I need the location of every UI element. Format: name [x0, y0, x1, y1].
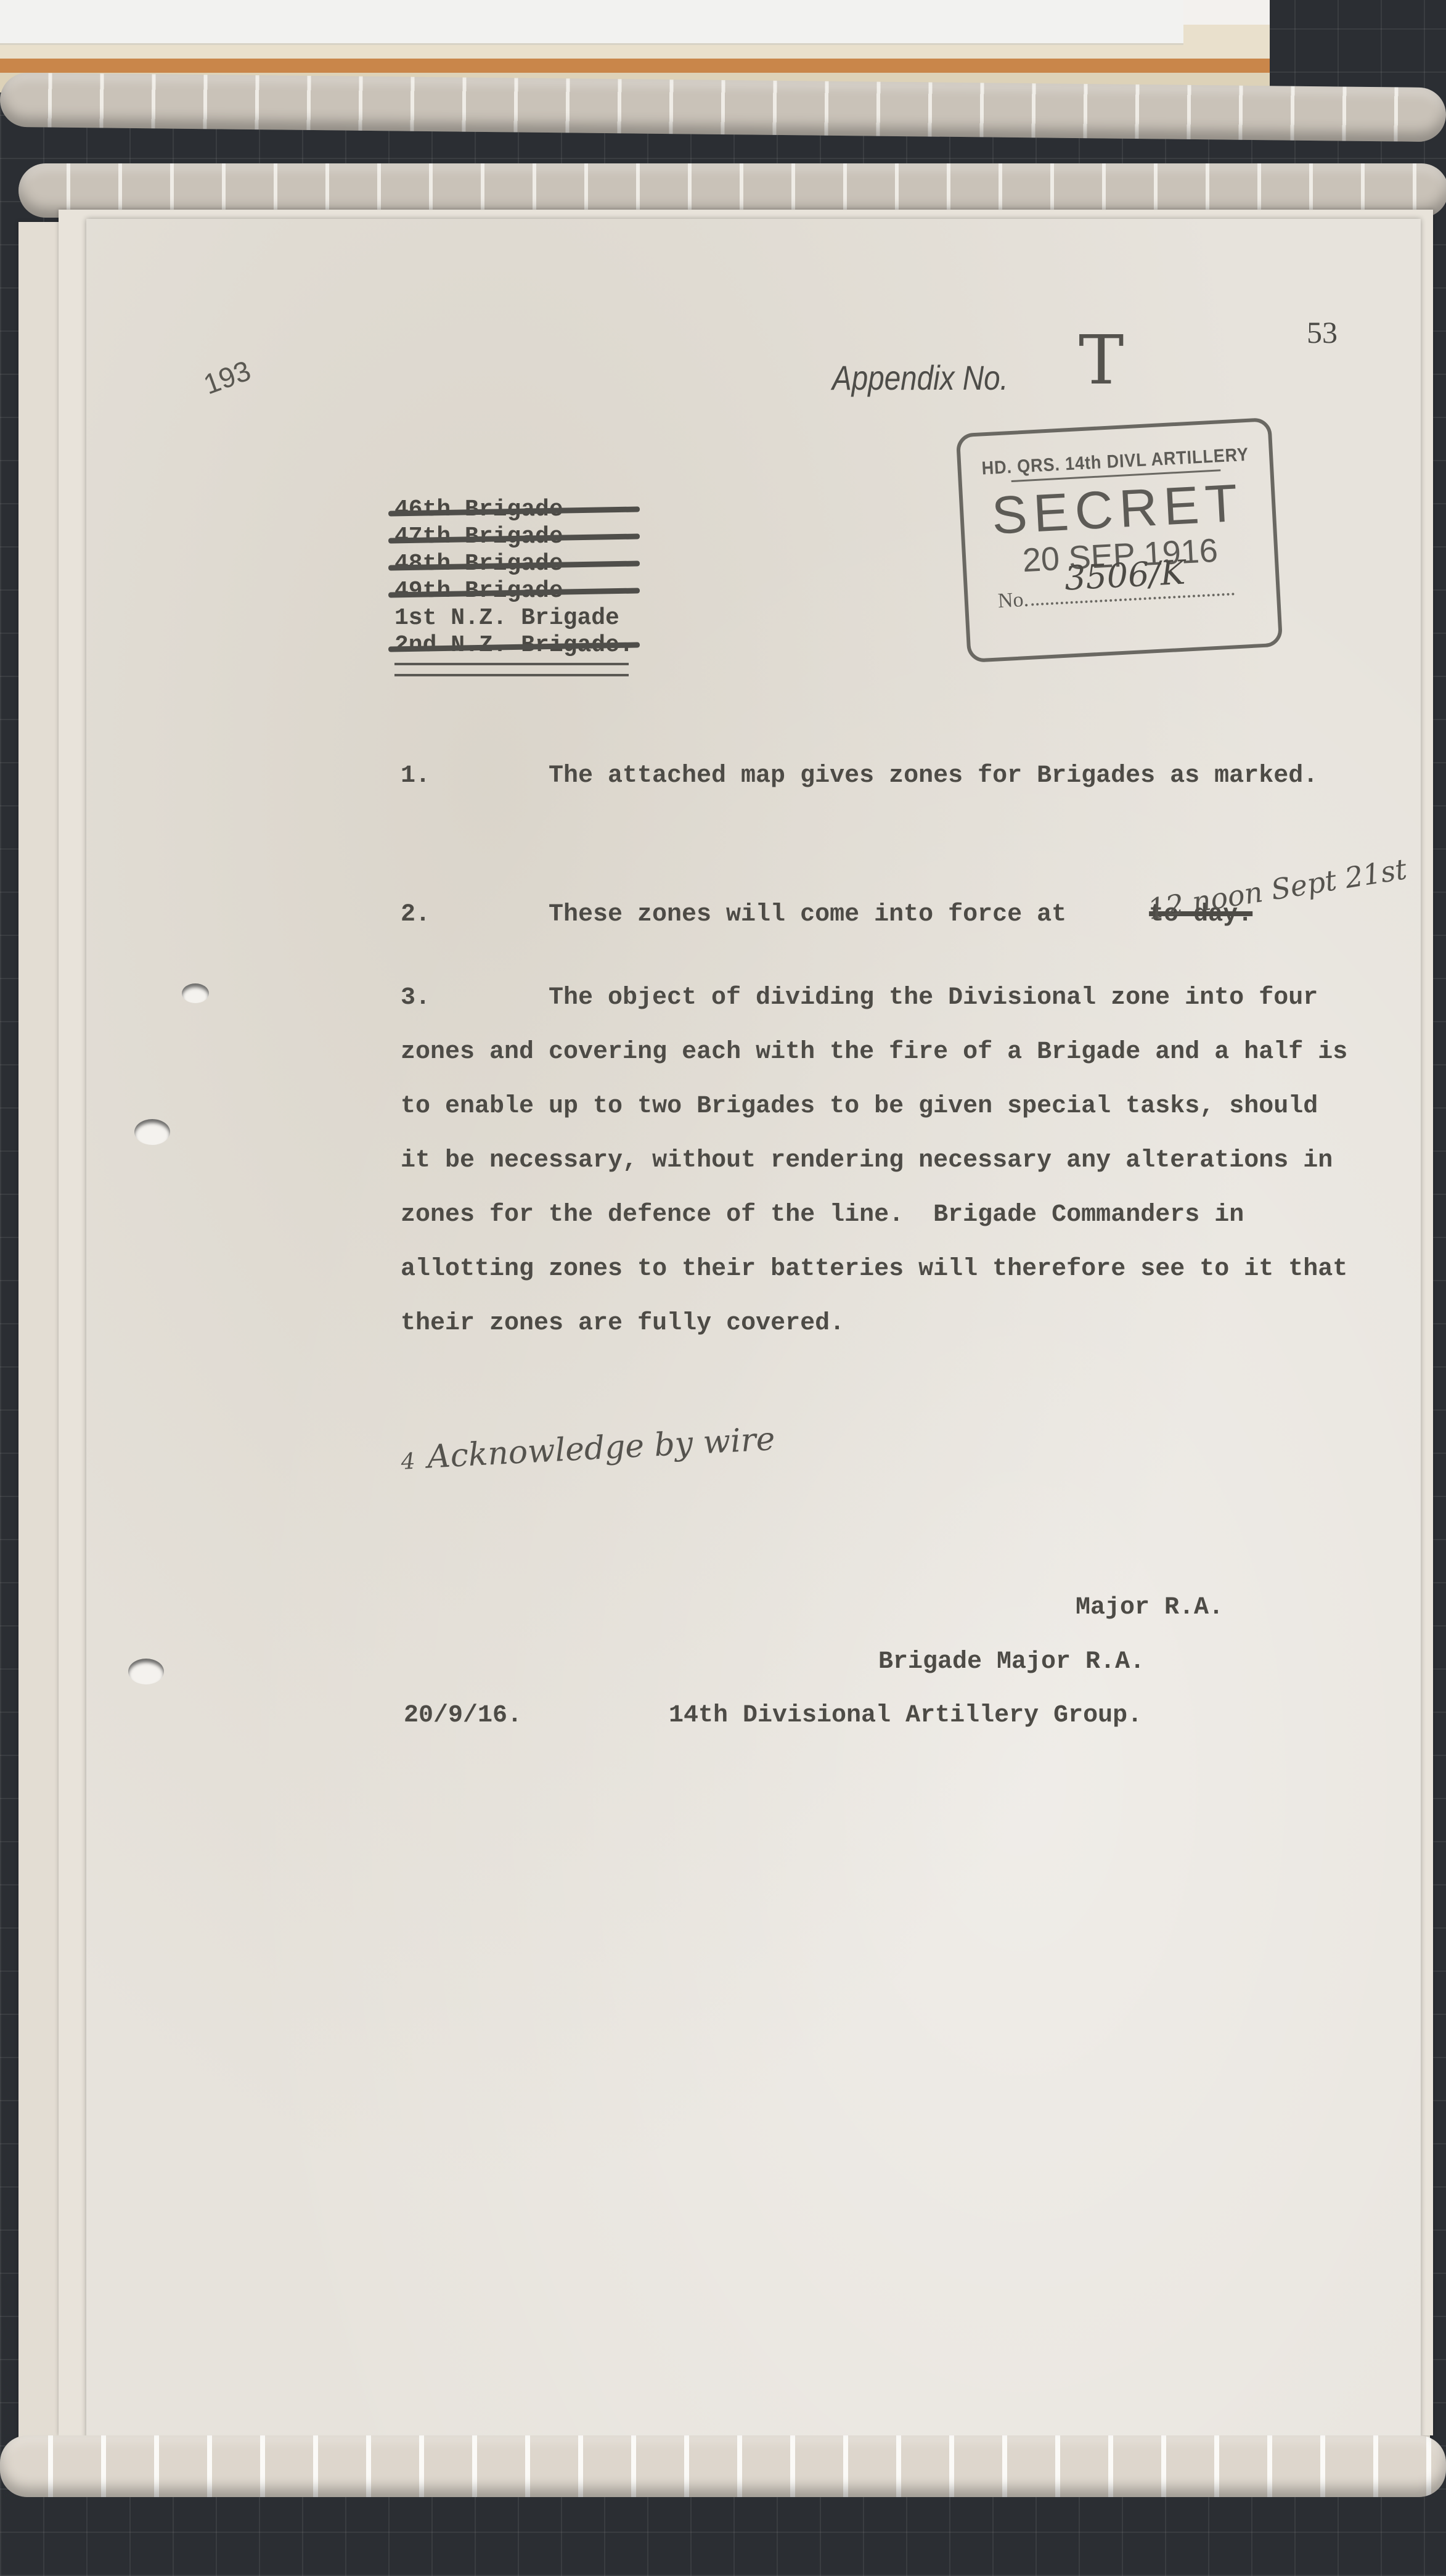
- secret-stamp: HD. QRS. 14th DIVL ARTILLERY SECRET 20 S…: [956, 417, 1283, 663]
- signature-title: Brigade Major R.A.: [878, 1648, 1145, 1676]
- page-number: 53: [1307, 314, 1338, 350]
- distribution-list: 46th Brigade 47th Brigade 48th Brigade 4…: [394, 496, 634, 676]
- distribution-item: 2nd N.Z. Brigade.: [394, 632, 634, 659]
- distribution-item: 49th Brigade: [394, 578, 634, 605]
- paragraph-3: 3.The object of dividing the Divisional …: [401, 971, 1362, 1351]
- signature-unit: 14th Divisional Artillery Group.: [669, 1702, 1142, 1729]
- appendix-label: Appendix No.: [832, 358, 1008, 398]
- folio-number: 193: [199, 354, 255, 401]
- double-underline: [394, 663, 629, 676]
- stamp-number-label: No.: [997, 588, 1029, 613]
- document-date: 20/9/16.: [404, 1702, 522, 1729]
- document-page: 193 53 Appendix No. T 46th Brigade 47th …: [86, 219, 1421, 2448]
- distribution-item: 48th Brigade: [394, 551, 634, 578]
- distribution-item: 46th Brigade: [394, 496, 634, 523]
- distribution-item: 47th Brigade: [394, 523, 634, 551]
- handwritten-paragraph-4: 4Acknowledge by wire: [400, 1421, 776, 1477]
- paragraph-1: 1.The attached map gives zones for Briga…: [401, 749, 1375, 803]
- stamp-number-value: 3506/K: [1063, 553, 1186, 598]
- signature-rank: Major R.A.: [1076, 1594, 1223, 1622]
- punch-hole: [134, 1119, 170, 1145]
- punch-hole: [182, 983, 209, 1003]
- appendix-letter: T: [1079, 321, 1124, 400]
- punch-hole: [128, 1659, 164, 1684]
- distribution-item: 1st N.Z. Brigade: [394, 605, 634, 632]
- binding-cord-bottom: [0, 2435, 1446, 2497]
